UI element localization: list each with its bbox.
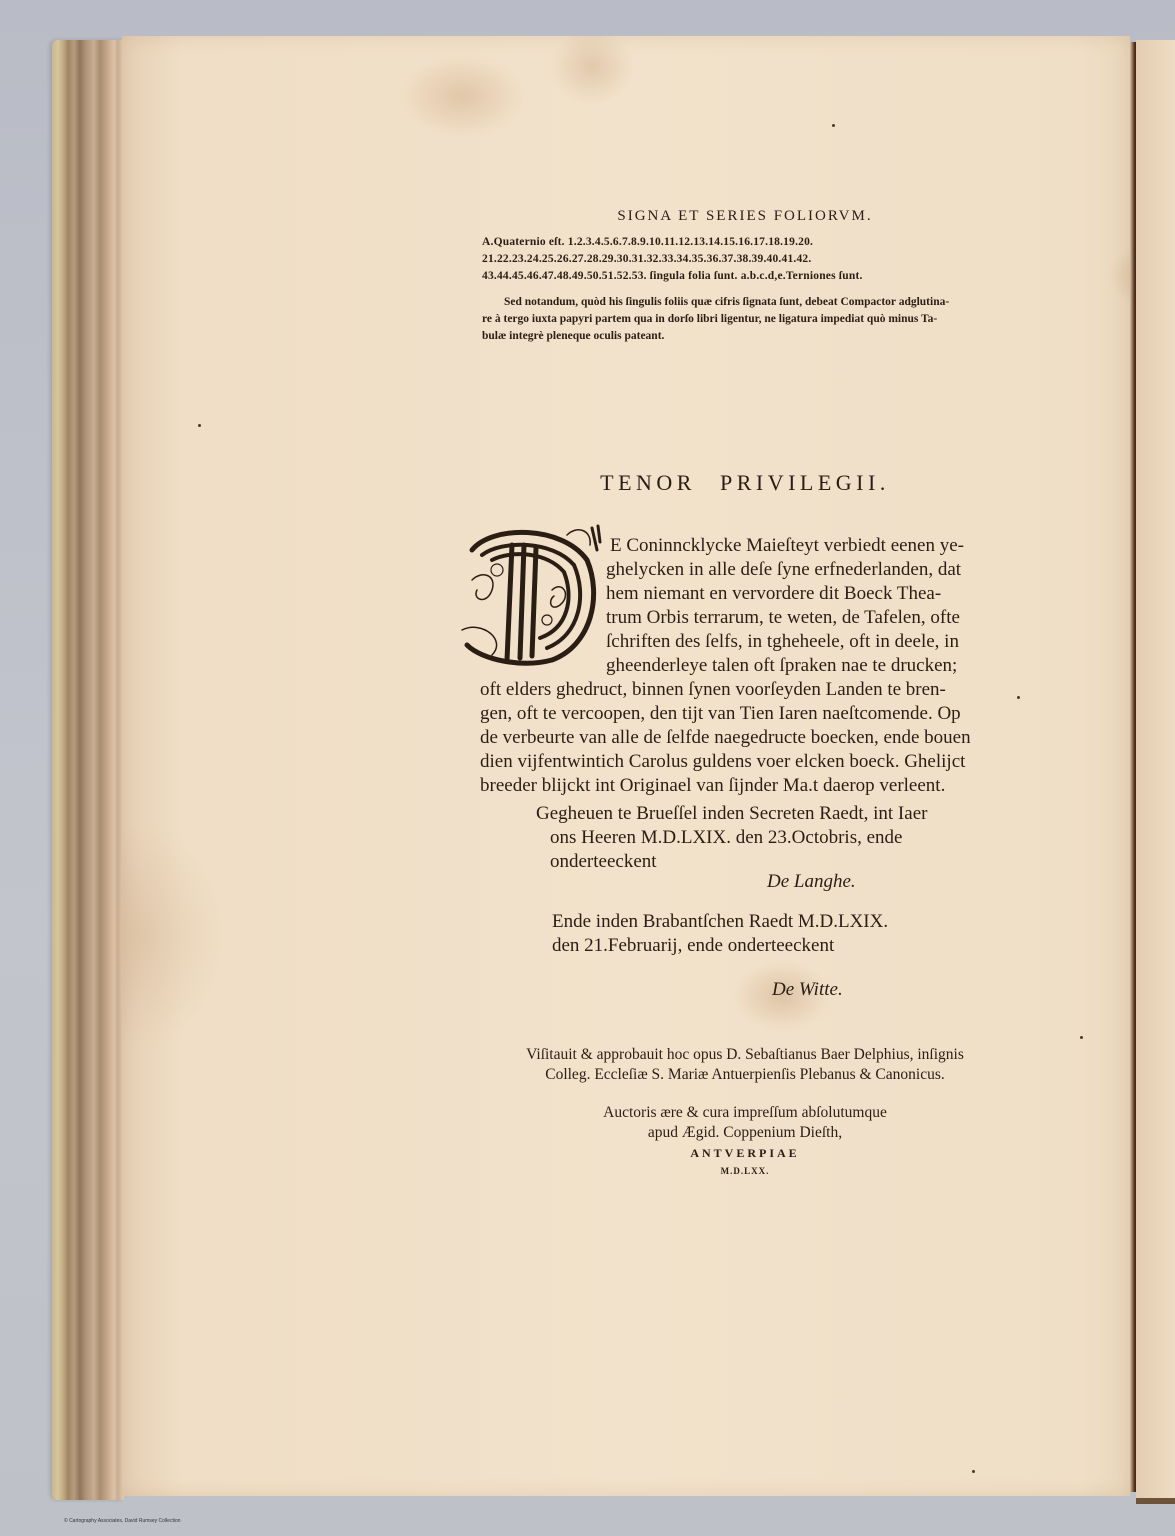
imprint-year: M.D.LXX. [445,1166,1045,1176]
privilege-line-9: de verbeurte van alle de ſelfde naegedru… [480,726,971,750]
privilege-line-1: E Coninncklycke Maieſteyt verbiedt eenen… [610,534,964,558]
signa-line-1: A.Quaternio eſt. 1.2.3.4.5.6.7.8.9.10.11… [482,236,1042,248]
signa-line-2: 21.22.23.24.25.26.27.28.29.30.31.32.33.3… [482,253,1042,265]
paper-speck [1017,696,1020,699]
note-line-2: re à tergo iuxta papyri partem qua in do… [482,311,1038,328]
privilege-line-11: breeder blijckt int Originael van ſijnde… [480,774,945,798]
decorated-initial-icon [452,520,602,670]
privilege-line-4: trum Orbis terrarum, te weten, de Tafele… [606,606,960,630]
imprint-city: ANTVERPIAE [445,1146,1045,1161]
signature-de-langhe: De Langhe. [767,870,856,894]
imprint-line-1: Auctoris ære & cura impreſſum abſolutumq… [445,1104,1045,1122]
copyright-credit: © Cartography Associates, David Rumsey C… [64,1518,181,1524]
privilege-line-6: gheenderleye talen oft ſpraken nae te dr… [606,654,957,678]
privilege-title: TENORPRIVILEGII. [445,470,1045,496]
privilege-line-8: gen, oft te vercoopen, den tijt van Tien… [480,702,961,726]
privilege-title-part2: PRIVILEGII. [720,470,890,495]
brabant-line-2: den 21.Februarij, ende onderteeckent [552,934,834,958]
note-line-3: bulæ integrè pleneque oculis pateant. [482,328,1038,345]
signa-line-3: 43.44.45.46.47.48.49.50.51.52.53. ſingul… [482,270,1042,282]
given-line-3: onderteeckent [550,850,657,874]
privilege-line-5: ſchriften des ſelfs, in tgheheele, oft i… [606,630,959,654]
binding-note: Sed notandum, quòd his ſingulis foliis q… [482,294,1038,345]
brabant-line-1: Ende inden Brabantſchen Raedt M.D.LXIX. [552,910,888,934]
approval-line-1: Viſitauit & approbauit hoc opus D. Sebaſ… [445,1046,1045,1064]
facing-page-edge [1136,40,1175,1504]
signature-de-witte: De Witte. [772,978,843,1002]
book-spine-page-stack [52,40,124,1500]
approval-line-2: Colleg. Eccleſiæ S. Mariæ Antuerpienſis … [445,1066,1045,1084]
paper-speck [832,124,835,127]
book: SIGNA ET SERIES FOLIORVM. A.Quaternio eſ… [52,36,1175,1501]
paper-speck [972,1470,975,1473]
imprint-line-2: apud Ægid. Coppenium Dieſth, [445,1124,1045,1142]
page: SIGNA ET SERIES FOLIORVM. A.Quaternio eſ… [122,36,1130,1496]
note-line-1: Sed notandum, quòd his ſingulis foliis q… [482,294,1038,311]
page-content: SIGNA ET SERIES FOLIORVM. A.Quaternio eſ… [122,36,1130,1496]
paper-speck [1080,1036,1083,1039]
privilege-line-10: dien vijfentwintich Carolus guldens voer… [480,750,965,774]
privilege-line-7: oft elders ghedruct, binnen ſynen voorſe… [480,678,946,702]
signa-title: SIGNA ET SERIES FOLIORVM. [445,208,1045,225]
privilege-line-2: ghelycken in alle deſe ſyne erfnederland… [606,558,961,582]
paper-speck [198,424,201,427]
given-line-2: ons Heeren M.D.LXIX. den 23.Octobris, en… [550,826,902,850]
privilege-title-part1: TENOR [600,470,696,495]
given-line-1: Gegheuen te Brueſſel inden Secreten Raed… [536,802,927,826]
privilege-line-3: hem niemant en vervordere dit Boeck Thea… [606,582,941,606]
